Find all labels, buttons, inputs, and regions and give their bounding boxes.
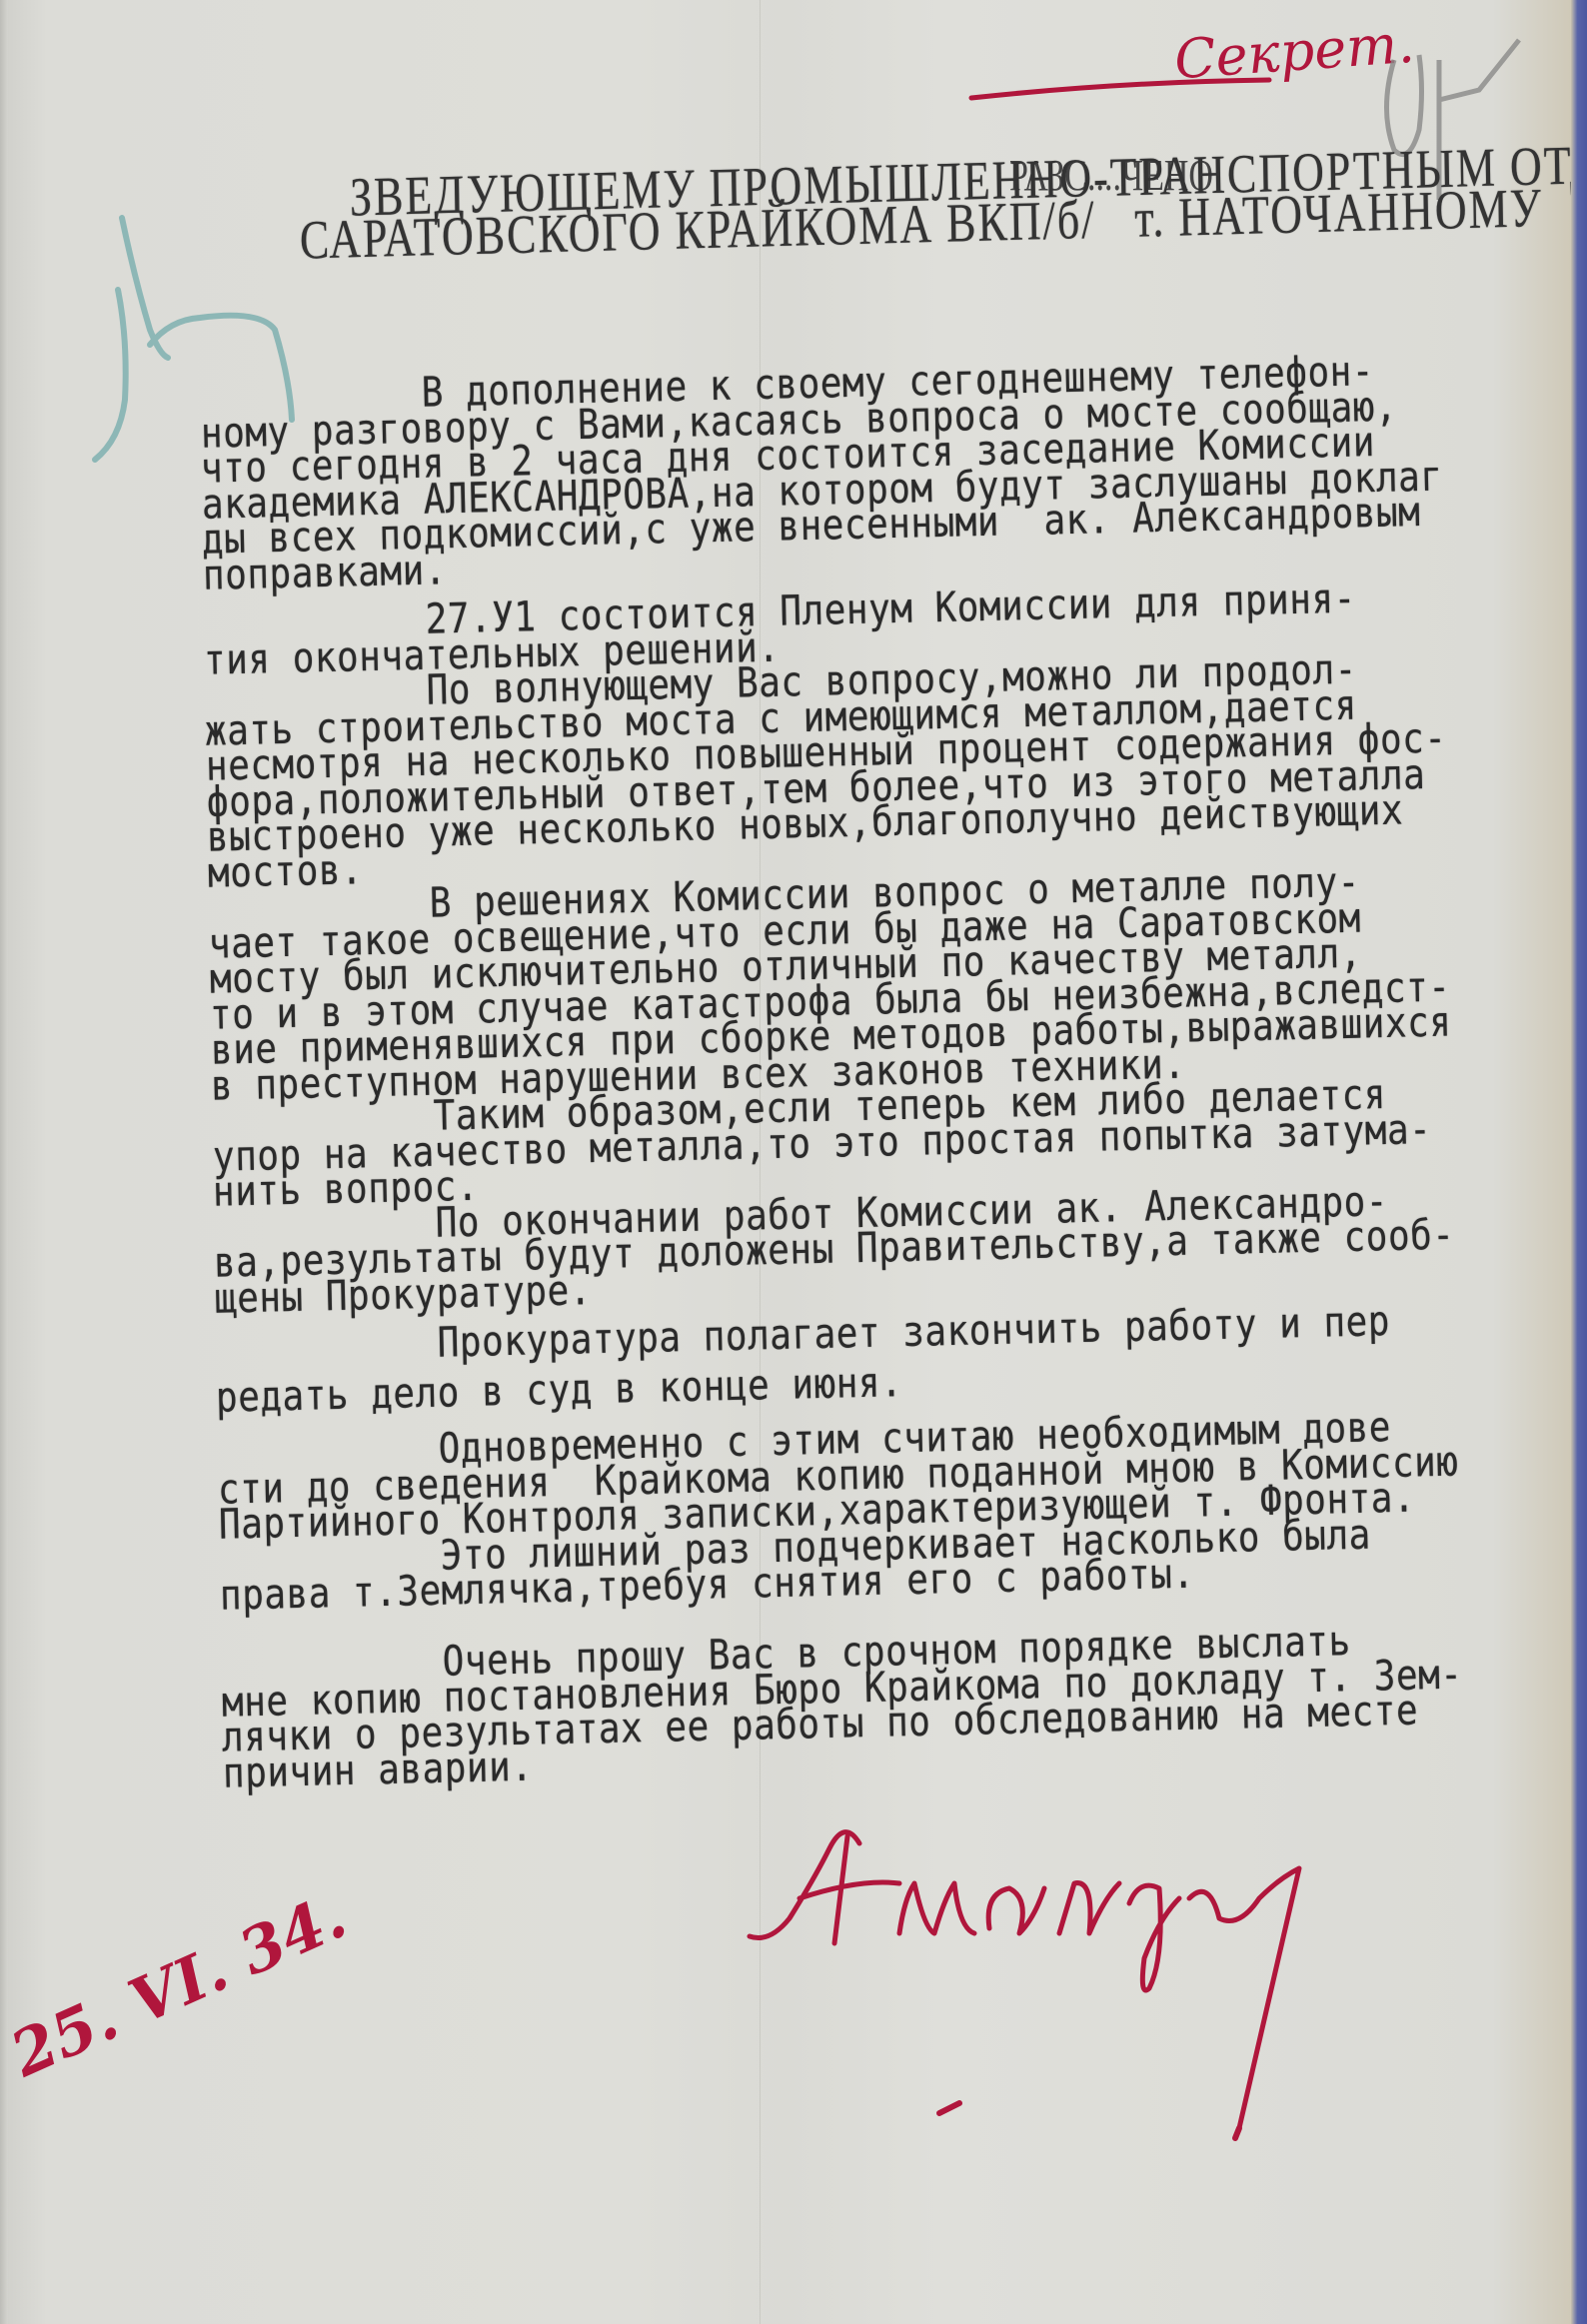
document-page: Секрет. РАЗС....ЧЕНО ЗВЕДУЮЩЕМУ ПРОМЫШЛЕ… xyxy=(0,0,1571,2324)
page-edge xyxy=(1571,0,1587,2324)
signature xyxy=(0,0,1571,2324)
